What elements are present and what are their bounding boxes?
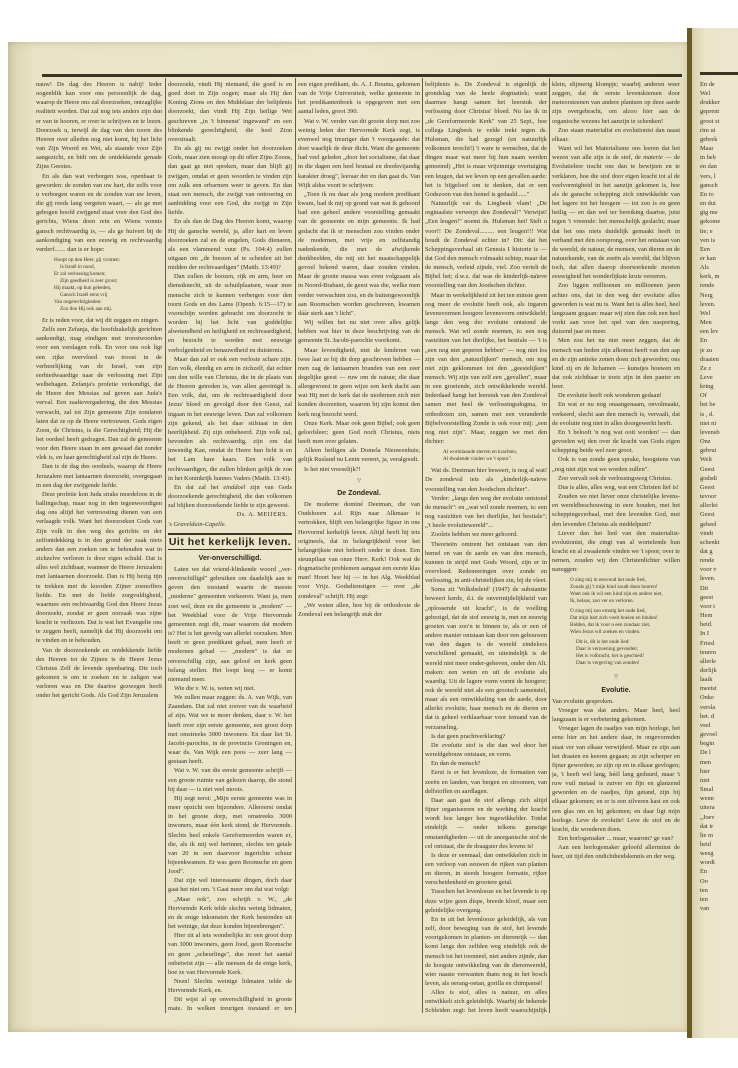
text-line: teuren <box>700 648 738 657</box>
text-line: er kan <box>700 254 738 263</box>
paragraph: Wie die v. W. is, weten wij niet. <box>168 684 292 693</box>
text-line: vindt <box>700 529 738 538</box>
paragraph: Zoo liggen millioenen en millioenen jare… <box>552 281 680 336</box>
text-line: En de <box>700 80 738 89</box>
text-line: drukker <box>700 98 738 107</box>
text-line: gebrek <box>700 135 738 144</box>
column-2: doorzoekt, vindt Hij niemand, die goed i… <box>168 80 292 1015</box>
text-line: en dui <box>700 199 738 208</box>
column-divider <box>295 78 296 1013</box>
text-line: draaien <box>700 355 738 364</box>
paragraph: Dus is alles, alles weg, wat een Christe… <box>552 483 680 492</box>
paragraph: Dit wijst al op onverschilligheid in gro… <box>168 995 292 1015</box>
paragraph: Wat v. W. verder van dit groote dorp met… <box>298 117 420 190</box>
text-line: Onke <box>700 693 738 702</box>
paragraph: Van evolutie gesproken. <box>552 697 680 706</box>
column-divider <box>422 78 423 1013</box>
verse-line: Wien Jezus wil zoeken en vinden. <box>570 629 680 636</box>
text-line: veel <box>700 721 738 730</box>
verse-line: Is Israël in nood, <box>54 264 162 271</box>
hymn-verse: O zing mij in eenvoud het oude lied, Zoo… <box>552 574 680 670</box>
paragraph: Laten we dat vriend-klinkende woord „ver… <box>168 565 292 684</box>
paragraph: En in uit het levenlooze geleidelijk, al… <box>425 915 547 988</box>
section-heading: Uit het kerkelijk leven. <box>168 533 292 550</box>
text-run: En dat zal het <box>174 484 223 491</box>
text-line: Wel <box>700 309 738 318</box>
paragraph: En 't belooft 'n nog wat ooit worden! — … <box>552 428 680 455</box>
text-line: In I <box>700 629 738 638</box>
article-heading: Evolutie. <box>552 686 680 695</box>
author-place: 's Gravelduin-Capelle. <box>168 520 292 529</box>
text-line: schenkt <box>700 538 738 547</box>
text-line: rende <box>700 556 738 565</box>
header-rule <box>42 74 682 77</box>
paragraph: Alleen heiligen als Domela Nieuwenhuis; … <box>298 446 420 464</box>
text-line: is , d. <box>700 410 738 419</box>
text-line: Als <box>700 263 738 272</box>
paragraph: Dan is de dag des oordeels, waarop de He… <box>36 462 162 489</box>
text-line: rim ui <box>700 126 738 135</box>
text-line: Men <box>700 318 738 327</box>
paragraph: De evolutie heeft ook wonderen gedaan! <box>552 391 680 400</box>
text-line: levensb <box>700 428 738 437</box>
paragraph: Dan zullen de boozen, rijk en arm, heer … <box>168 272 292 354</box>
text-line: „Joev <box>700 813 738 822</box>
text-line: Maar <box>700 144 738 153</box>
text-line: een lev <box>700 327 738 336</box>
text-line: groot st <box>700 117 738 126</box>
adjacent-header-rule <box>700 72 738 75</box>
text-line: uitera <box>700 803 738 812</box>
paragraph: Vroeger was dat anders. Maar heel, heel … <box>552 706 680 724</box>
paragraph: Vroeger lagen de raadjes van mijn horlog… <box>552 724 680 834</box>
text-line: Welt <box>700 455 738 464</box>
text-run: — de Evolutieleer tracht ons dan te bewi… <box>552 154 680 280</box>
text-line: ten <box>700 886 738 895</box>
paragraph: Eerst is er het levenloze, de formatien … <box>425 768 547 795</box>
text-line: je zu <box>700 346 738 355</box>
paragraph: En dat zal het einddoel zijn van Gods do… <box>168 483 292 510</box>
verse-line: Hoopt op den Heer, gij vromen: <box>54 257 162 264</box>
paragraph: Hij zegt eerst: „Mijn eerste gemeente wa… <box>168 794 292 876</box>
text-line: Geest <box>700 465 738 474</box>
text-line: meetst <box>700 684 738 693</box>
paragraph: En wat er nu nog onaangenaam, onvolmaakt… <box>552 400 680 427</box>
paragraph: De moderne dominé Deetman, die van Oudsh… <box>298 500 420 601</box>
text-line: begin <box>700 739 738 748</box>
text-line: ven is <box>700 236 738 245</box>
text-line: allerlei <box>700 501 738 510</box>
text-line: Dit <box>700 584 738 593</box>
paragraph: doorzoekt, vindt Hij niemand, die goed i… <box>168 80 292 144</box>
text-line: Ze z <box>700 364 738 373</box>
text-line: voor t <box>700 602 738 611</box>
text-line: Geest <box>700 483 738 492</box>
paragraph: Een horlogemaker ... maar, waarom? ge va… <box>552 834 680 843</box>
text-line: niet ni <box>700 419 738 428</box>
text-line: Nerg <box>700 291 738 300</box>
verse-line: Het is volbracht, het is geschied! <box>570 653 680 660</box>
paragraph: Is dat geen prachtverklaring? <box>425 732 547 741</box>
column-4: belijdenis is. De Zondeval is eigenlijk … <box>425 80 547 1015</box>
text-line: wenn <box>700 794 738 803</box>
text-line: allerle <box>700 657 738 666</box>
text-line: geest <box>700 593 738 602</box>
verse-line: Ik, helaas, zoo ver en verloren. <box>570 598 680 605</box>
paragraph: Wat v. W. van die eerste gemeente schrij… <box>168 766 292 793</box>
author-signature: Ds. A. MEIJERS. <box>168 510 292 519</box>
text-line: Een <box>700 245 738 254</box>
text-line: Hem <box>700 611 738 620</box>
paragraph: klein, slijmerig klompje; waarbij andere… <box>552 80 680 126</box>
text-line: Wel <box>700 89 738 98</box>
paragraph: Alles is stof, alles is natuur, en alles… <box>425 988 547 1015</box>
column-3: een eigen predikant, ds. A. J. Bouma, ge… <box>298 80 420 1015</box>
verse-line: Dat mijn hart zich voelt boeien en binde… <box>570 615 680 622</box>
text-line: hier <box>700 767 738 776</box>
text-line: gig me <box>700 208 738 217</box>
verse-line: Al wormlaande sterren en krachten, <box>443 449 547 456</box>
paragraph: Liever dan het lied van den materialist-… <box>552 529 680 575</box>
text-line: het. d <box>700 712 738 721</box>
text-line: heid. <box>700 620 738 629</box>
verse-line: Daar is vergeving van zonden! <box>570 660 680 667</box>
column-1: nauw! De dag des Heeren is nabij! Ieder … <box>36 80 162 1015</box>
text-line: Geest <box>700 510 738 519</box>
text-line: Leve <box>700 373 738 382</box>
paragraph: Natuurlijk vat ds. Lingbeek vlam! „De or… <box>425 199 547 291</box>
text-run: De <box>431 742 442 749</box>
paragraph: Maar dan zal er ook een verloste schare … <box>168 355 292 483</box>
emphasis: materie <box>643 154 663 161</box>
separator-star: ▽ <box>552 673 680 682</box>
verse-line: Dit is, dit is het oude lied: <box>570 639 680 646</box>
paragraph: Onze Kerk. Maar ook geen Bijbel; ook gee… <box>298 419 420 446</box>
paragraph: Theorieën omtrent het ontstaan van den h… <box>425 540 547 586</box>
paragraph: De evolutie stof is die dan wel door het… <box>425 741 547 759</box>
text-line: tevoor <box>700 492 738 501</box>
verse-line: O zing mij zoo ernstig het oude lied, <box>570 608 680 615</box>
verse-line: Zooals gij 't mijn kind zoudt doen hoore… <box>570 584 680 591</box>
verse-line: Er zal verlossing komen; <box>54 271 162 278</box>
verse-line: Want ook ik wil een kind zijn en anders … <box>570 591 680 598</box>
paragraph: Is het niet vreeselijk?! <box>298 465 420 474</box>
paragraph: Zoolets hebben we meer gehoord. <box>425 530 547 539</box>
verse-line: Daar is verzoening gevonden; <box>570 646 680 653</box>
text-line: en dan <box>700 162 738 171</box>
paragraph: Zoo staan materialist en evolutionist da… <box>552 126 680 144</box>
paragraph: belijdenis is. De Zondeval is eigenlijk … <box>425 80 547 199</box>
paragraph: Deze profetie kon Juda straks moedeloos … <box>36 490 162 646</box>
text-line: derlijk <box>700 666 738 675</box>
text-line: versla <box>700 703 738 712</box>
paragraph: Aan een horlogemaker geloofd allerminst … <box>552 843 680 861</box>
text-line: het be <box>700 400 738 409</box>
paragraph: een eigen predikant, ds. A. J. Bouma, ge… <box>298 80 420 117</box>
verse-line: O zing mij in eenvoud het oude lied, <box>570 577 680 584</box>
paragraph: En dan de mensch? <box>425 759 547 768</box>
psalm-verse: Hoopt op den Heer, gij vromen: Is Israël… <box>36 254 162 316</box>
paragraph: Van de doorzoekende en ontdekkende liefd… <box>36 646 162 701</box>
article-heading: De Zondeval. <box>298 489 420 498</box>
paragraph: Zelfs een Zefanja, die hoofdzakelijk ger… <box>36 325 162 462</box>
text-line: leven. <box>700 300 738 309</box>
text-line: laaik <box>700 675 738 684</box>
paragraph: Daar aan gaat de stof allengs zich altij… <box>425 796 547 851</box>
text-line: van <box>700 904 738 913</box>
paragraph: We zullen maar zeggen: ds. A. van Wijk, … <box>168 693 292 766</box>
column-divider <box>549 78 550 1013</box>
paragraph: En als dan de Dag des Heeren komt, waaro… <box>168 217 292 272</box>
paragraph: Is deze er eenmaal, dan ontwikkelen zich… <box>425 851 547 888</box>
text-line: geheel <box>700 520 738 529</box>
text-line: tie; e <box>700 227 738 236</box>
text-line: niet <box>700 776 738 785</box>
paragraph: Zouden we niet liever onze christelijke … <box>552 492 680 529</box>
text-line: gekome <box>700 217 738 226</box>
paragraph: Verder: „langs den weg der evolutie onts… <box>425 494 547 531</box>
text-line: godsdi <box>700 474 738 483</box>
paragraph: Ook is van zonde geen sprake, hoogstens … <box>552 455 680 473</box>
text-line: men <box>700 758 738 767</box>
paragraph: Wij willen het nu niet over alles gelijk… <box>298 318 420 345</box>
paragraph: En als dan wat verborgen was, openbaar i… <box>36 172 162 254</box>
paragraph: Soms zit 'Volksbeleid' (1947) de substan… <box>425 585 547 732</box>
text-line: dat ir <box>700 822 738 831</box>
text-line: gebrui <box>700 446 738 455</box>
paragraph: Tusschen het levenlooze en het levende i… <box>425 887 547 914</box>
separator-star: ▽ <box>298 477 420 486</box>
text-line: ten <box>700 895 738 904</box>
verse-line: Hij maakt, op hun gebeden, <box>54 285 162 292</box>
column-divider <box>165 78 166 1013</box>
paragraph: Maar levendigheid, niet de kinderen van … <box>298 346 420 419</box>
text-line: kring <box>700 382 738 391</box>
article-heading: Ver-onverschilligd. <box>168 554 292 563</box>
column-adjacent-page: En deWeldrukkergeprentgroot strim uigebr… <box>700 80 738 1015</box>
paragraph: „Toen ik nu daar als jong modern predika… <box>298 190 420 318</box>
text-line: vers, l <box>700 172 738 181</box>
paragraph: „Maar ook", zoo schrijft v. W., „de Herv… <box>168 895 292 932</box>
text-line: En <box>700 867 738 876</box>
text-line: dat g <box>700 547 738 556</box>
paragraph: Men zou het nu niet meer zeggen, dat de … <box>552 336 680 391</box>
text-line: Smal <box>700 785 738 794</box>
paragraph: „We weten allen, hoe bij de orthodoxie d… <box>298 601 420 619</box>
text-line: wordt <box>700 858 738 867</box>
paragraph: En als gij nu zwijgt onder het doorzoeke… <box>168 144 292 217</box>
text-line: Of <box>700 391 738 400</box>
column-5: klein, slijmerig klompje; waarbij andere… <box>552 80 680 1015</box>
paragraph: Hier zit al iets wonderlijks in: een gro… <box>168 931 292 977</box>
paragraph: Maar in werkelijkheid zit het ten minste… <box>425 291 547 447</box>
verse-line: Gansch Israël eens vrij <box>54 292 162 299</box>
text-line: heid <box>700 840 738 849</box>
verse-line: Bidden, dat ik voor u een zondaar ziet, <box>570 622 680 629</box>
text-line: geprent <box>700 107 738 116</box>
text-line: En to <box>700 190 738 199</box>
verse-line: Zoo doe Hij ook aan mij. <box>54 306 162 313</box>
text-line: leven. <box>700 574 738 583</box>
paragraph: Dat zijn wel interessante dingen, doch d… <box>168 876 292 894</box>
text-line: voor v <box>700 565 738 574</box>
poem-quote: Al wormlaande sterren en krachten, Al dw… <box>425 446 547 466</box>
text-line: En <box>700 336 738 345</box>
verse-line: Zijn goedheid is zeer groot; <box>54 278 162 285</box>
paragraph: Zoo vervalt ook de verlossingsweg Christ… <box>552 474 680 483</box>
paragraph: Neen! Slechts weinige lidmaten telde de … <box>168 977 292 995</box>
text-line: lie m <box>700 831 738 840</box>
text-line: gansch <box>700 181 738 190</box>
paragraph: Er is reden voor, dat wij dit zeggen en … <box>36 316 162 325</box>
text-line: Oo <box>700 877 738 886</box>
emphasis: einddoel <box>223 484 245 491</box>
verse-line: Van ongerechtigheden: <box>54 299 162 306</box>
text-line: weeg <box>700 849 738 858</box>
text-line: in heb <box>700 153 738 162</box>
text-line: kerk, m <box>700 272 738 281</box>
paragraph: nauw! De dag des Heeren is nabij! Ieder … <box>36 80 162 172</box>
paragraph: Want wil het Materialisme ons leeren dat… <box>552 144 680 281</box>
verse-line: Al dwalende vinden we 't spoor". <box>443 456 547 463</box>
emphasis: evolutie <box>442 742 462 749</box>
paragraph: Wat ds. Deetman hier beweert, is nog al … <box>425 466 547 493</box>
text-line: gevoel <box>700 730 738 739</box>
text-line: De l <box>700 748 738 757</box>
text-line: rende <box>700 281 738 290</box>
text-line: Onz <box>700 437 738 446</box>
text-line: Friesl <box>700 639 738 648</box>
